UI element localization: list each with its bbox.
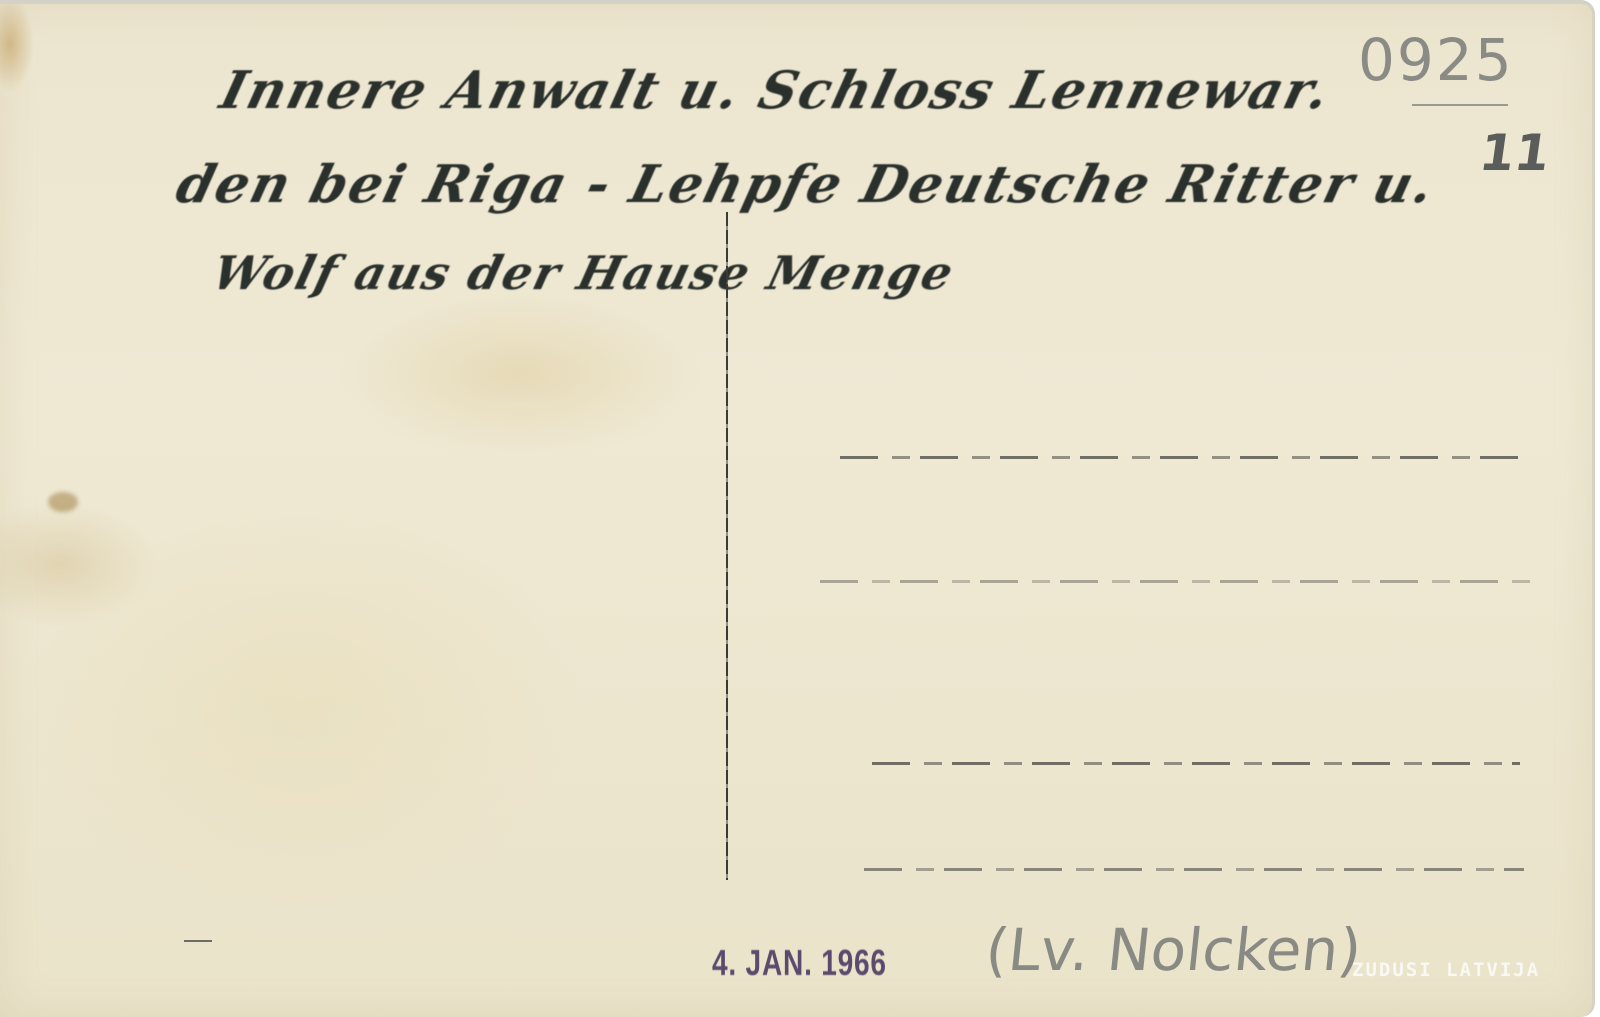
date-stamp: 4. JAN. 1966 [712, 942, 887, 984]
handwritten-line-1: Innere Anwalt u. Schloss Lennewar. [214, 60, 1337, 121]
archive-number: 0925 [1358, 26, 1514, 94]
address-line-3 [872, 762, 1520, 765]
handwritten-line-3: Wolf aus der Hause Menge [207, 246, 960, 300]
margin-dash [184, 940, 212, 942]
watermark-logo: zudusi Latvija [1352, 959, 1540, 981]
center-divider-line [726, 212, 728, 880]
sub-number: 11 [1476, 124, 1554, 182]
handwritten-line-2: den bei Riga - Lehpfe Deutsche Ritter u. [170, 154, 1441, 215]
address-line-2 [820, 580, 1532, 583]
address-line-4 [864, 868, 1524, 871]
archive-number-underline [1412, 104, 1508, 106]
postcard-back: Innere Anwalt u. Schloss Lennewar. den b… [0, 0, 1595, 1015]
address-line-1 [840, 456, 1520, 459]
paper-stain [48, 492, 78, 512]
pencil-annotation: (Lv. Nolcken) [982, 916, 1364, 984]
